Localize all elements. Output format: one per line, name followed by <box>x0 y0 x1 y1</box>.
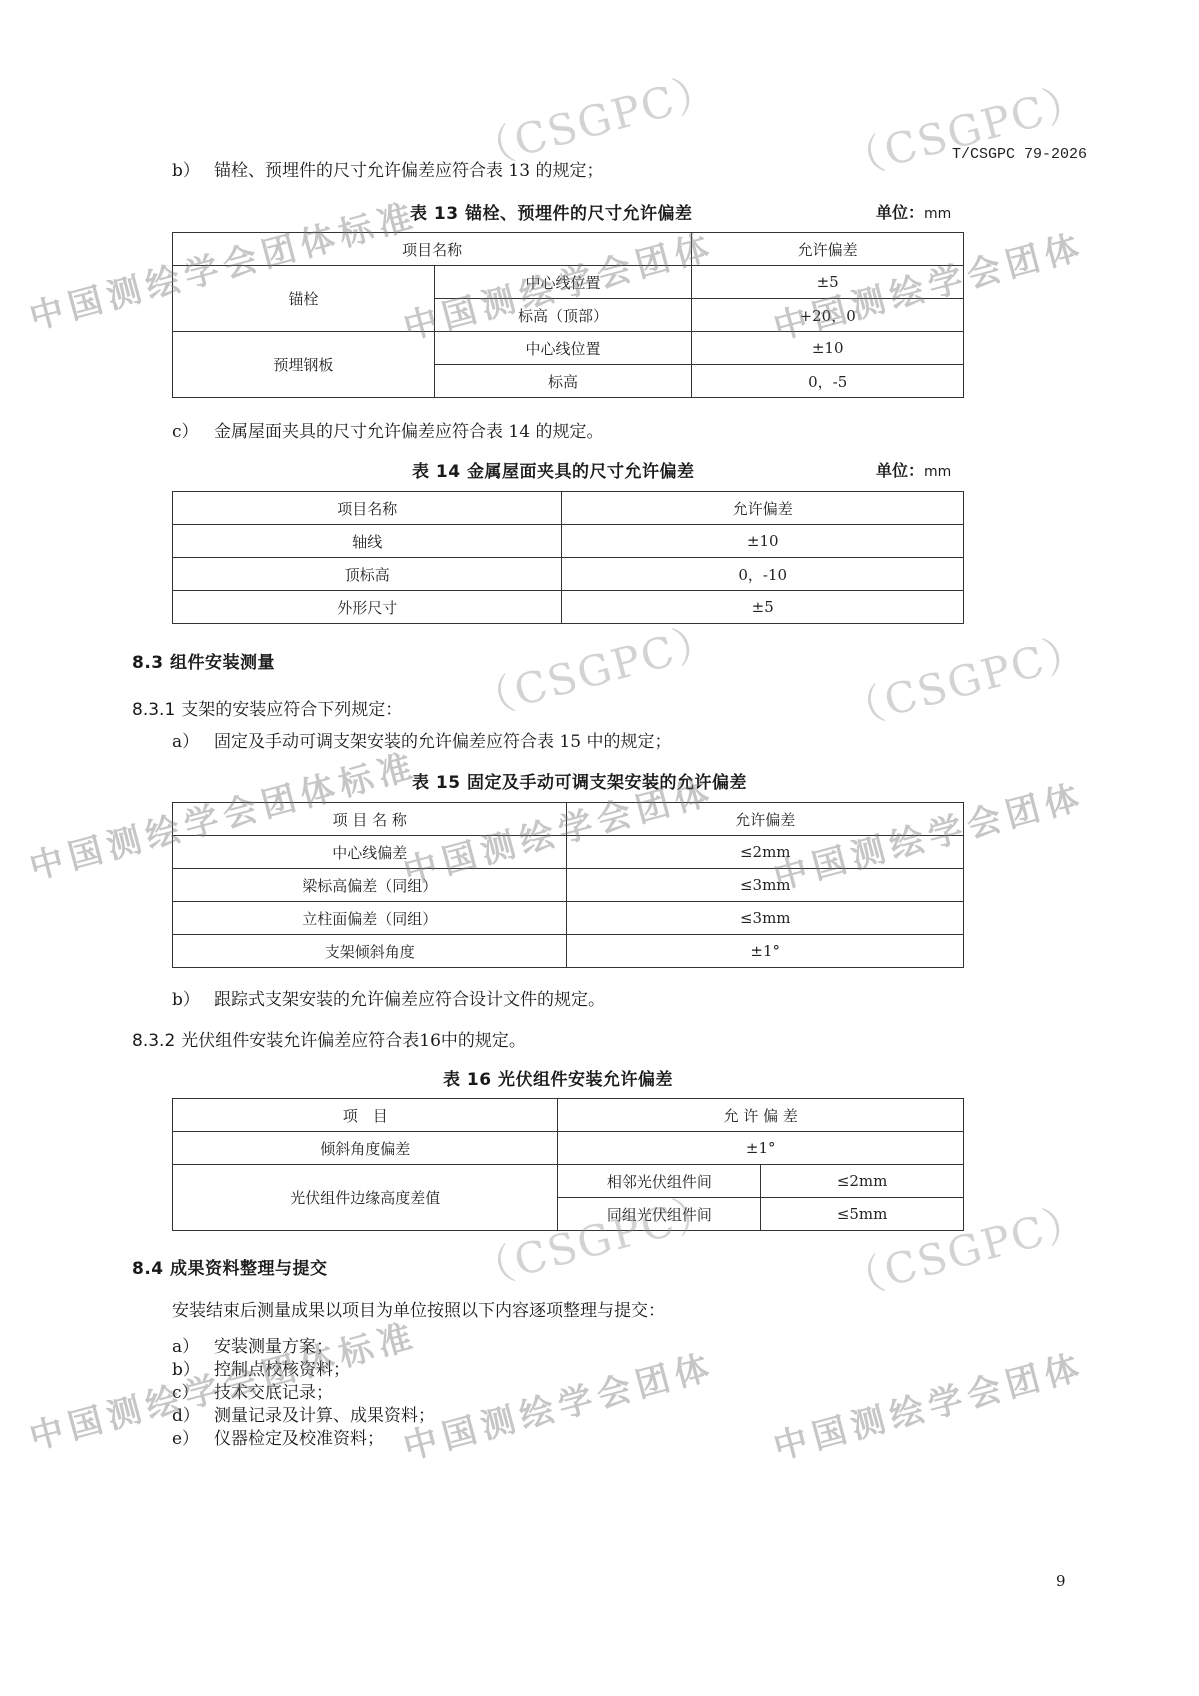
table-header-row: 项目名称 允许偏差 <box>173 492 964 525</box>
list-text: 跟踪式支架安装的允许偏差应符合设计文件的规定。 <box>214 990 605 1010</box>
item-cell: 外形尺寸 <box>173 591 562 624</box>
item-cell: 中心线位置 <box>434 332 692 365</box>
list-text: 仪器检定及校准资料； <box>214 1429 384 1449</box>
item-cell: 标高（顶部） <box>434 299 692 332</box>
list-item-c: c）金属屋面夹具的尺寸允许偏差应符合表 14 的规定。 <box>172 421 603 443</box>
item-cell: 梁标高偏差（同组） <box>173 869 567 902</box>
value-cell: ±10 <box>692 332 964 365</box>
table-header-row: 项 目 名 称 允许偏差 <box>173 803 964 836</box>
table13: 项目名称 允许偏差 锚栓 中心线位置 ±5 标高（顶部） +20，0 预埋钢板 … <box>172 232 964 398</box>
item-cell: 支架倾斜角度 <box>173 935 567 968</box>
list-item: d）测量记录及计算、成果资料； <box>172 1405 435 1427</box>
list-marker: b） <box>172 989 214 1011</box>
section-title: 成果资料整理与提交 <box>170 1259 328 1279</box>
header-cell: 项 目 名 称 <box>173 803 567 836</box>
subitem-cell: 相邻光伏组件间 <box>558 1165 761 1198</box>
list-marker: a） <box>172 731 214 753</box>
value-cell: ±1° <box>567 935 964 968</box>
header-cell: 允 许 偏 差 <box>558 1099 964 1132</box>
table14: 项目名称 允许偏差 轴线 ±10 顶标高 0，-10 外形尺寸 ±5 <box>172 491 964 624</box>
value-cell: ±1° <box>558 1132 964 1165</box>
table-row: 轴线 ±10 <box>173 525 964 558</box>
document-page: T/CSGPC 79-2026 b）锚栓、预埋件的尺寸允许偏差应符合表 13 的… <box>0 0 1199 1696</box>
list-marker: c） <box>172 421 214 443</box>
clause-text: 支架的安装应符合下列规定： <box>181 700 402 720</box>
list-text: 控制点校核资料； <box>214 1360 350 1380</box>
table-row: 锚栓 中心线位置 ±5 <box>173 266 964 299</box>
unit-label: 单位： <box>876 461 924 480</box>
clause-text: 光伏组件安装允许偏差应符合表16中的规定。 <box>181 1031 526 1051</box>
value-cell: ±10 <box>562 525 964 558</box>
section-title: 组件安装测量 <box>170 653 275 673</box>
watermark-code: （CSGPC） <box>834 617 1094 740</box>
table-row: 外形尺寸 ±5 <box>173 591 964 624</box>
table-row: 预埋钢板 中心线位置 ±10 <box>173 332 964 365</box>
section-number: 8.4 <box>132 1259 164 1279</box>
header-cell: 项目名称 <box>173 233 692 266</box>
item-cell: 中心线位置 <box>434 266 692 299</box>
item-cell: 顶标高 <box>173 558 562 591</box>
list-item-b: b）锚栓、预埋件的尺寸允许偏差应符合表 13 的规定； <box>172 160 603 182</box>
table-row: 支架倾斜角度 ±1° <box>173 935 964 968</box>
list-item: b）控制点校核资料； <box>172 1359 350 1381</box>
item-cell: 立柱面偏差（同组） <box>173 902 567 935</box>
table15: 项 目 名 称 允许偏差 中心线偏差 ≤2mm 梁标高偏差（同组） ≤3mm 立… <box>172 802 964 968</box>
list-text: 安装测量方案； <box>214 1337 333 1357</box>
list-item-a: a）固定及手动可调支架安装的允许偏差应符合表 15 中的规定； <box>172 731 671 753</box>
table15-caption: 表 15 固定及手动可调支架安装的允许偏差 <box>412 768 747 793</box>
unit-value: mm <box>924 464 951 480</box>
list-marker: b） <box>172 160 214 182</box>
list-item: c）技术交底记录； <box>172 1382 333 1404</box>
list-text: 金属屋面夹具的尺寸允许偏差应符合表 14 的规定。 <box>214 422 603 442</box>
section-8-3-heading: 8.3 组件安装测量 <box>132 648 275 673</box>
table-row: 光伏组件边缘高度差值 相邻光伏组件间 ≤2mm <box>173 1165 964 1198</box>
value-cell: ≤3mm <box>567 869 964 902</box>
table-header-row: 项 目 允 许 偏 差 <box>173 1099 964 1132</box>
value-cell: ±5 <box>562 591 964 624</box>
list-marker: c） <box>172 1382 214 1404</box>
list-item: a）安装测量方案； <box>172 1336 333 1358</box>
table13-caption: 表 13 锚栓、预埋件的尺寸允许偏差 <box>410 199 693 224</box>
item-cell: 轴线 <box>173 525 562 558</box>
subitem-cell: 同组光伏组件间 <box>558 1198 761 1231</box>
section-number: 8.3 <box>132 653 164 673</box>
value-cell: +20，0 <box>692 299 964 332</box>
header-cell: 允许偏差 <box>567 803 964 836</box>
group-cell: 预埋钢板 <box>173 332 435 398</box>
page-number: 9 <box>1056 1572 1066 1590</box>
list-item: e）仪器检定及校准资料； <box>172 1428 384 1450</box>
section-8-4-intro: 安装结束后测量成果以项目为单位按照以下内容逐项整理与提交： <box>172 1300 665 1322</box>
value-cell: ±5 <box>692 266 964 299</box>
table16-caption: 表 16 光伏组件安装允许偏差 <box>443 1065 673 1090</box>
header-cell: 允许偏差 <box>692 233 964 266</box>
table-row: 梁标高偏差（同组） ≤3mm <box>173 869 964 902</box>
list-item-b-tracking: b）跟踪式支架安装的允许偏差应符合设计文件的规定。 <box>172 989 605 1011</box>
table13-unit: 单位：mm <box>876 200 951 223</box>
item-cell: 中心线偏差 <box>173 836 567 869</box>
table-row: 中心线偏差 ≤2mm <box>173 836 964 869</box>
value-cell: 0，-10 <box>562 558 964 591</box>
item-cell: 光伏组件边缘高度差值 <box>173 1165 558 1231</box>
clause-8-3-1: 8.3.1支架的安装应符合下列规定： <box>132 695 402 720</box>
list-marker: a） <box>172 1336 214 1358</box>
header-cell: 项 目 <box>173 1099 558 1132</box>
header-cell: 允许偏差 <box>562 492 964 525</box>
item-cell: 倾斜角度偏差 <box>173 1132 558 1165</box>
list-text: 测量记录及计算、成果资料； <box>214 1406 435 1426</box>
list-text: 技术交底记录； <box>214 1383 333 1403</box>
watermark-text: 中国测绘学会团体 <box>767 1339 1089 1469</box>
document-id: T/CSGPC 79-2026 <box>952 146 1087 163</box>
value-cell: ≤3mm <box>567 902 964 935</box>
unit-label: 单位： <box>876 203 924 222</box>
list-marker: d） <box>172 1405 214 1427</box>
value-cell: ≤2mm <box>761 1165 964 1198</box>
watermark-text: 中国测绘学会团体 <box>397 1339 719 1469</box>
table16: 项 目 允 许 偏 差 倾斜角度偏差 ±1° 光伏组件边缘高度差值 相邻光伏组件… <box>172 1098 964 1231</box>
watermark-code: （CSGPC） <box>834 67 1094 190</box>
list-text: 锚栓、预埋件的尺寸允许偏差应符合表 13 的规定； <box>214 161 603 181</box>
header-cell: 项目名称 <box>173 492 562 525</box>
value-cell: ≤5mm <box>761 1198 964 1231</box>
group-cell: 锚栓 <box>173 266 435 332</box>
clause-8-3-2: 8.3.2光伏组件安装允许偏差应符合表16中的规定。 <box>132 1026 526 1051</box>
clause-number: 8.3.2 <box>132 1031 175 1051</box>
item-cell: 标高 <box>434 365 692 398</box>
list-marker: e） <box>172 1428 214 1450</box>
unit-value: mm <box>924 206 951 222</box>
table14-caption: 表 14 金属屋面夹具的尺寸允许偏差 <box>412 457 695 482</box>
table-header-row: 项目名称 允许偏差 <box>173 233 964 266</box>
clause-number: 8.3.1 <box>132 700 175 720</box>
watermark-code: （CSGPC） <box>464 607 724 730</box>
value-cell: 0，-5 <box>692 365 964 398</box>
list-text: 固定及手动可调支架安装的允许偏差应符合表 15 中的规定； <box>214 732 671 752</box>
table-row: 立柱面偏差（同组） ≤3mm <box>173 902 964 935</box>
table-row: 顶标高 0，-10 <box>173 558 964 591</box>
table14-unit: 单位：mm <box>876 458 951 481</box>
list-marker: b） <box>172 1359 214 1381</box>
section-8-4-heading: 8.4 成果资料整理与提交 <box>132 1254 328 1279</box>
value-cell: ≤2mm <box>567 836 964 869</box>
table-row: 倾斜角度偏差 ±1° <box>173 1132 964 1165</box>
